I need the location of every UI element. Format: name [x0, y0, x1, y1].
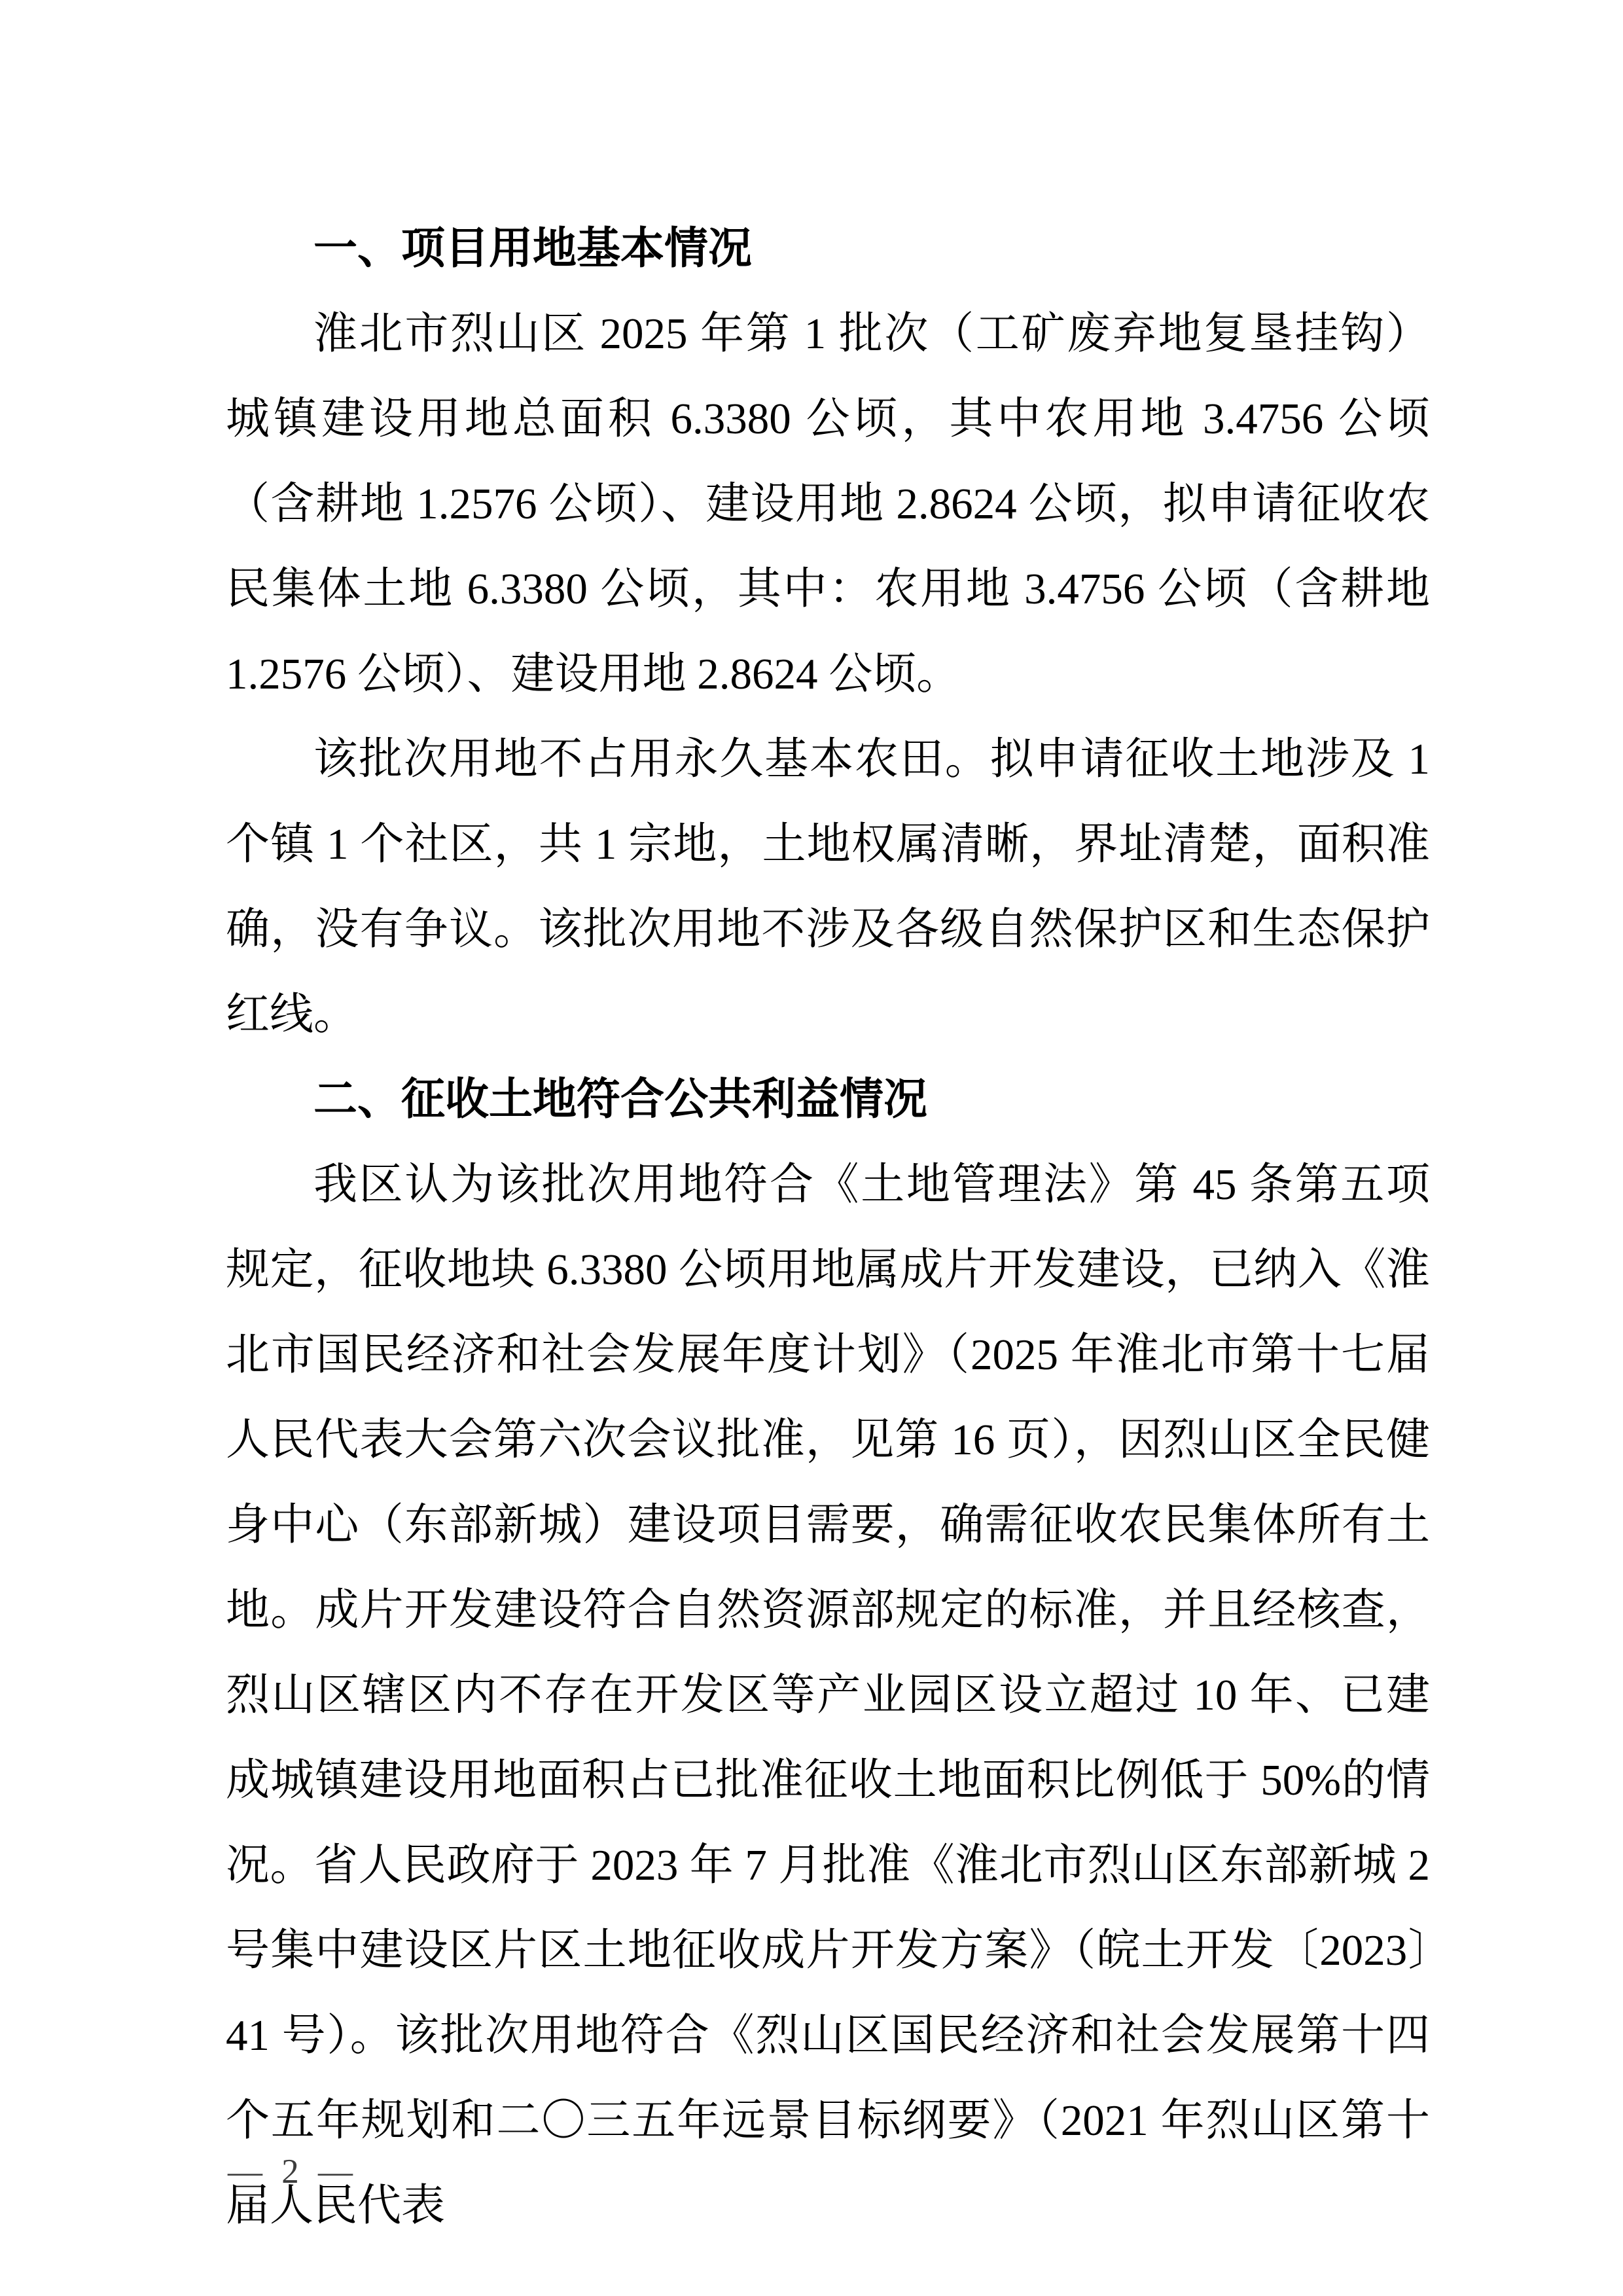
paragraph-basic-farmland-statement: 该批次用地不占用永久基本农田。拟申请征收土地涉及 1 个镇 1 个社区，共 1 …: [226, 717, 1430, 1057]
section-heading-public-interest: 二、征收土地符合公共利益情况: [226, 1057, 1430, 1142]
paragraph-public-interest-justification: 我区认为该批次用地符合《土地管理法》第 45 条第五项规定，征收地块 6.338…: [226, 1142, 1430, 2248]
section-heading-project-land-basics: 一、项目用地基本情况: [226, 206, 1430, 291]
page-number: — 2 —: [228, 2152, 358, 2191]
body-text: 一、项目用地基本情况 淮北市烈山区 2025 年第 1 批次（工矿废弃地复垦挂钩…: [226, 206, 1430, 2248]
document-page: { "content": { "sections": [ { "type": "…: [0, 0, 1623, 2296]
paragraph-land-area-overview: 淮北市烈山区 2025 年第 1 批次（工矿废弃地复垦挂钩）城镇建设用地总面积 …: [226, 291, 1430, 717]
